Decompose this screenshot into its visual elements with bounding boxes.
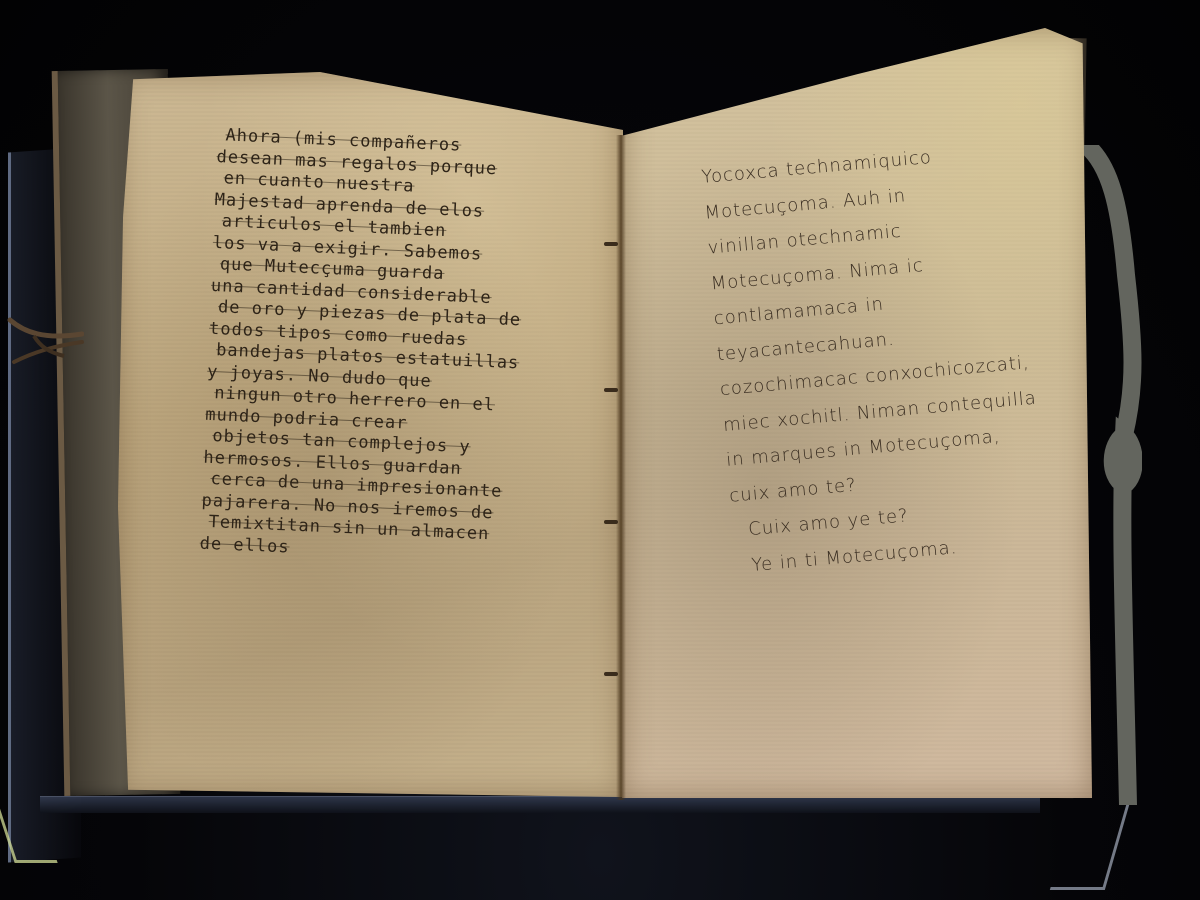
binding-stitch <box>604 520 618 524</box>
binding-stitch <box>604 242 618 246</box>
binding-stitch <box>604 672 618 676</box>
book-gutter <box>616 135 626 800</box>
photo-scene: Ahora (mis compañeros desean mas regalos… <box>0 0 1200 900</box>
right-page-handwriting: Yocoxca technamiquico Motecuçoma. Auh in… <box>700 130 1076 584</box>
acrylic-stand-right-foot <box>1050 805 1129 890</box>
leather-tie-icon <box>4 312 84 372</box>
left-page-handwriting: Ahora (mis compañeros desean mas regalos… <box>199 125 577 570</box>
acrylic-stand-ledge <box>40 796 1040 813</box>
binding-stitch <box>604 388 618 392</box>
